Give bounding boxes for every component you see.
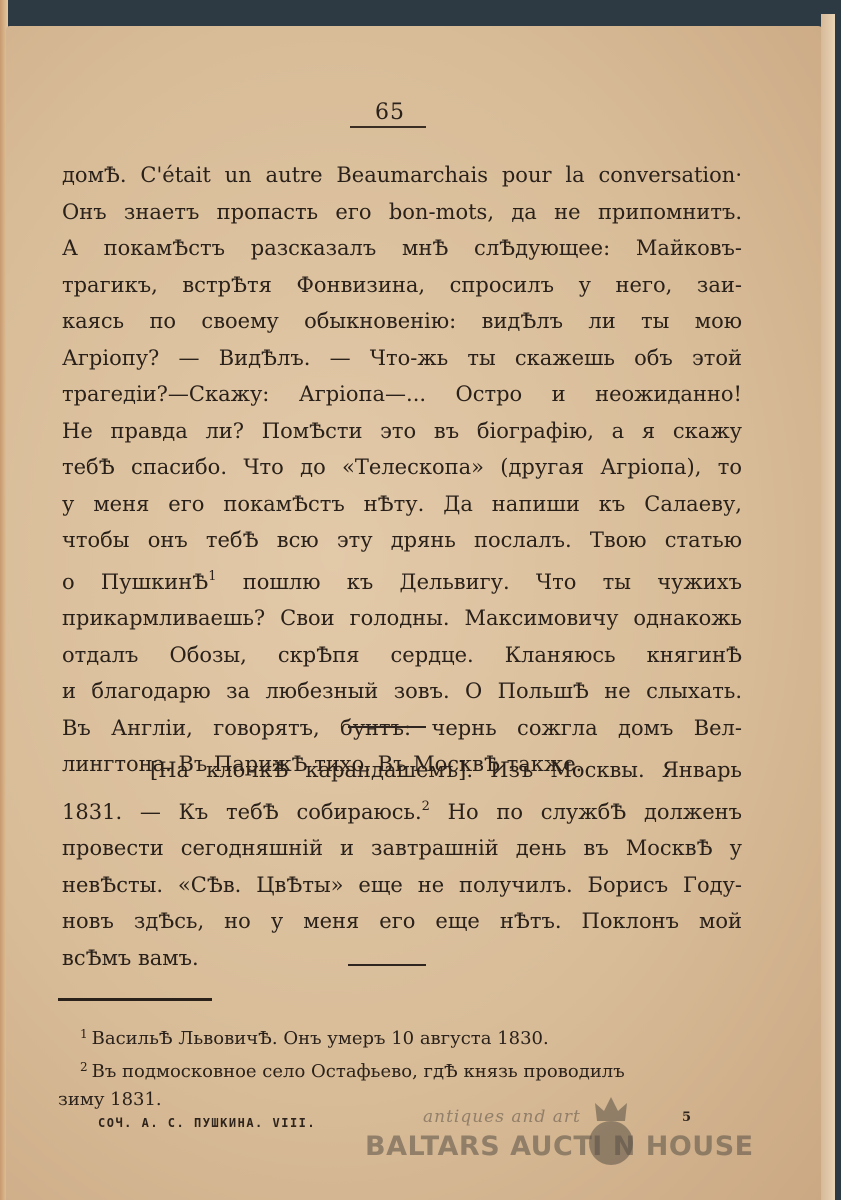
text-line: Агріопу? — ВидѢлъ. — Что-жь ты скажешь о… [62,340,742,377]
text-fragment: пошлю къ Дельвигу. Что ты чужихъ [216,570,742,594]
footnotes: 1ВасильѢ ЛьвовичѢ. Онъ умеръ 10 августа … [80,1020,730,1114]
footnote-text: Въ подмосковное село Остафьево, гдѢ княз… [92,1061,625,1082]
text-line: тебѢ спасибо. Что до «Телескопа» (другая… [62,449,742,486]
page-edge-right [821,14,835,1200]
text-line: прикармливаешь? Свои голодны. Максимович… [62,600,742,637]
section-separator [348,726,426,728]
text-line-with-footnote: 1831. — Къ тебѢ собираюсь.2 Но по службѢ… [62,789,742,831]
footnote-mark: 1 [80,1027,88,1041]
footnote-2: 2Въ подмосковное село Остафьево, гдѢ кня… [80,1053,730,1086]
text-line: А покамѢстъ разсказалъ мнѢ слѢдующее: Ма… [62,230,742,267]
footnote-1: 1ВасильѢ ЛьвовичѢ. Онъ умеръ 10 августа … [80,1020,730,1053]
letter-heading: [На клочкѢ карандашемъ]. Изъ Москвы. Янв… [62,752,742,789]
globe-icon [587,1119,635,1167]
footnote-ref-2[interactable]: 2 [422,799,430,814]
watermark-tagline: antiques and art [423,1107,581,1127]
text-line: у меня его покамѢстъ нѢту. Да напиши къ … [62,486,742,523]
text-line: трагедіи?—Скажу: Агріопа—... Остро и нео… [62,376,742,413]
text-fragment: 1831. — Къ тебѢ собираюсь. [62,800,422,824]
text-line: трагикъ, встрѢтя Фонвизина, спросилъ у н… [62,267,742,304]
watermark: antiques and art BALTARS AUCTI N HOUSE [365,1105,765,1165]
text-line: каясь по своему обыкновенію: видѢлъ ли т… [62,303,742,340]
text-fragment: о ПушкинѢ [62,570,208,594]
section-separator [348,964,426,966]
text-line: и благодарю за любезный зовъ. О ПольшѢ н… [62,673,742,710]
letter-1-body: домѢ. C'était un autre Beaumarchais pour… [62,157,742,783]
text-line: провести сегодняшній и завтрашній день в… [62,830,742,867]
page-number: 65 [350,100,430,125]
header-rule [350,126,426,128]
text-line: Онъ знаетъ пропасть его bon-mots, да не … [62,194,742,231]
text-line: Не правда ли? ПомѢсти это въ біографію, … [62,413,742,450]
text-line: новъ здѢсь, но у меня его еще нѢтъ. Покл… [62,903,742,940]
footnote-mark: 2 [80,1060,88,1074]
text-line: всѢмъ вамъ. [62,940,742,977]
text-line: отдалъ Обозы, скрѢпя сердце. Кланяюсь кн… [62,637,742,674]
printer-signature: СОЧ. А. С. ПУШКИНА. VIII. [98,1116,316,1130]
text-line: чтобы онъ тебѢ всю эту дрянь послалъ. Тв… [62,522,742,559]
footnote-text: ВасильѢ ЛьвовичѢ. Онъ умеръ 10 августа 1… [92,1028,549,1049]
text-line: домѢ. C'était un autre Beaumarchais pour… [62,157,742,194]
letter-2-body: [На клочкѢ карандашемъ]. Изъ Москвы. Янв… [62,752,742,976]
text-fragment: Но по службѢ долженъ [430,800,742,824]
text-line-with-footnote: о ПушкинѢ1 пошлю къ Дельвигу. Что ты чуж… [62,559,742,601]
text-line: невѢсты. «СѢв. ЦвѢты» еще не получилъ. Б… [62,867,742,904]
footnote-rule [58,998,212,1001]
watermark-name: BALTARS AUCTI N HOUSE [365,1131,754,1162]
